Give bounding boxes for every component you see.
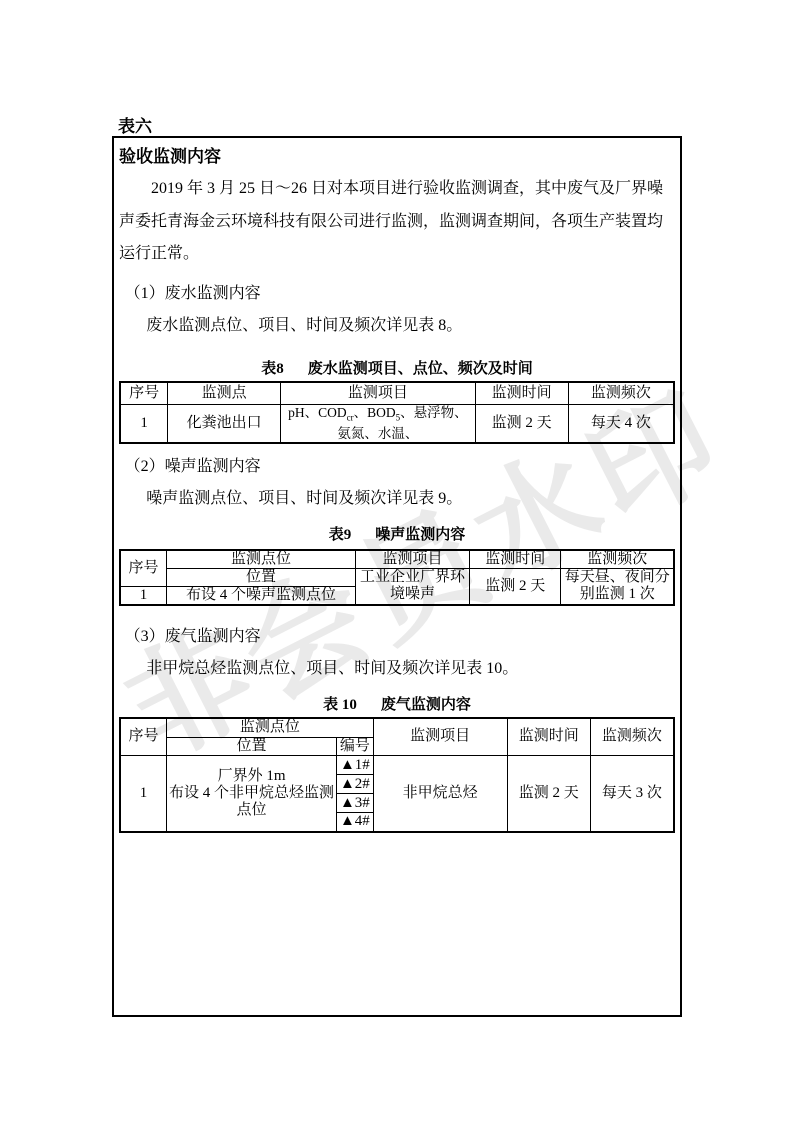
table8-cell-items: pH、CODcr、BOD5、悬浮物、氨氮、水温、: [281, 405, 475, 443]
table9-header-position: 位置: [167, 568, 356, 586]
marker-id-cell: ▲2#: [337, 775, 374, 794]
table8-cell-point: 化粪池出口: [168, 405, 281, 443]
section2-heading: （2）噪声监测内容: [119, 457, 675, 477]
marker-id-cell: ▲4#: [337, 813, 374, 832]
table9-header-point: 监测点位: [167, 550, 356, 569]
section1-heading: （1）废水监测内容: [119, 284, 675, 304]
table9-header-no: 序号: [120, 550, 167, 587]
table9-header-row1: 序号 监测点位 监测项目 监测时间 监测频次: [120, 550, 674, 569]
table8-cell-no: 1: [120, 405, 168, 443]
table10-cell-project: 非甲烷总烃: [373, 756, 507, 832]
table8-header-point: 监测点: [168, 382, 281, 405]
wastewater-monitoring-table: 序号 监测点 监测项目 监测时间 监测频次 1 化粪池出口 pH、CODcr、B…: [119, 381, 675, 444]
table8-header-project: 监测项目: [281, 382, 475, 405]
table8-header-freq: 监测频次: [568, 382, 674, 405]
table9-header-time: 监测时间: [470, 550, 561, 569]
table10-caption-title: 废气监测内容: [381, 697, 471, 713]
document-title: 验收监测内容: [119, 142, 675, 167]
table9-cell-freq: 每天昼、夜间分别监测 1 次: [561, 568, 674, 605]
table8-items-sub1: cr: [347, 413, 354, 423]
table10-header-time: 监测时间: [507, 718, 590, 756]
table8-items-part2: 、BOD: [354, 405, 396, 420]
table10-cell-time: 监测 2 天: [507, 756, 590, 832]
table9-cell-no: 1: [120, 586, 167, 605]
intro-paragraph: 2019 年 3 月 25 日～26 日对本项目进行验收监测调查，其中废气及厂界…: [119, 173, 675, 271]
section2-note: 噪声监测点位、项目、时间及频次详见表 9。: [119, 489, 675, 509]
table8-caption-title: 废水监测项目、点位、频次及时间: [308, 361, 533, 377]
table8-cell-time: 监测 2 天: [475, 405, 568, 443]
page-label: 表六: [118, 112, 152, 137]
noise-monitoring-table: 序号 监测点位 监测项目 监测时间 监测频次 位置 工业企业厂界环境噪声 监测 …: [119, 549, 675, 606]
table8-header-row: 序号 监测点 监测项目 监测时间 监测频次: [120, 382, 674, 405]
table10-caption-number: 表 10: [323, 697, 357, 713]
section3-note: 非甲烷总烃监测点位、项目、时间及频次详见表 10。: [119, 659, 675, 679]
table9-caption-number: 表9: [329, 527, 352, 543]
exhaust-gas-monitoring-table: 序号 监测点位 监测项目 监测时间 监测频次 位置 编号 1 厂界外 1m 布设…: [119, 717, 675, 833]
table10-header-id: 编号: [337, 738, 374, 756]
content-box: 验收监测内容 2019 年 3 月 25 日～26 日对本项目进行验收监测调查，…: [112, 136, 682, 1017]
table9-caption-title: 噪声监测内容: [375, 527, 465, 543]
table8-header-no: 序号: [120, 382, 168, 405]
section1-note: 废水监测点位、项目、时间及频次详见表 8。: [119, 316, 675, 336]
table9-cell-project: 工业企业厂界环境噪声: [355, 568, 469, 605]
table10-header-position: 位置: [167, 738, 337, 756]
table9-header-row2: 位置 工业企业厂界环境噪声 监测 2 天 每天昼、夜间分别监测 1 次: [120, 568, 674, 586]
table8-data-row: 1 化粪池出口 pH、CODcr、BOD5、悬浮物、氨氮、水温、 监测 2 天 …: [120, 405, 674, 443]
section3-heading: （3）废气监测内容: [119, 627, 675, 647]
table8-caption: 表8废水监测项目、点位、频次及时间: [119, 360, 675, 378]
table9-caption: 表9噪声监测内容: [119, 526, 675, 544]
table10-header-project: 监测项目: [373, 718, 507, 756]
table10-header-row1: 序号 监测点位 监测项目 监测时间 监测频次: [120, 718, 674, 738]
document-page: 非会员水印 表六 验收监测内容 2019 年 3 月 25 日～26 日对本项目…: [0, 0, 793, 1122]
table8-header-time: 监测时间: [475, 382, 568, 405]
table8-cell-freq: 每天 4 次: [568, 405, 674, 443]
table8-caption-number: 表8: [261, 361, 284, 377]
marker-id-cell: ▲3#: [337, 794, 374, 813]
table10-position-line2: 布设 4 个非甲烷总烃监测点位: [169, 785, 334, 819]
table10-header-no: 序号: [120, 718, 167, 756]
table10-cell-position: 厂界外 1m 布设 4 个非甲烷总烃监测点位: [167, 756, 337, 832]
table9-header-project: 监测项目: [355, 550, 469, 569]
table10-caption: 表 10废气监测内容: [119, 696, 675, 714]
table8-items-part1: pH、COD: [288, 405, 347, 420]
table10-cell-no: 1: [120, 756, 167, 832]
table9-cell-position: 布设 4 个噪声监测点位: [167, 586, 356, 605]
table10-cell-freq: 每天 3 次: [590, 756, 674, 832]
table10-header-point: 监测点位: [167, 718, 374, 738]
table9-header-freq: 监测频次: [561, 550, 674, 569]
table10-position-line1: 厂界外 1m: [169, 768, 334, 785]
table10-header-freq: 监测频次: [590, 718, 674, 756]
table9-cell-time: 监测 2 天: [470, 568, 561, 605]
marker-id-cell: ▲1#: [337, 756, 374, 775]
table10-data-row: 1 厂界外 1m 布设 4 个非甲烷总烃监测点位 ▲1# 非甲烷总烃 监测 2 …: [120, 756, 674, 775]
